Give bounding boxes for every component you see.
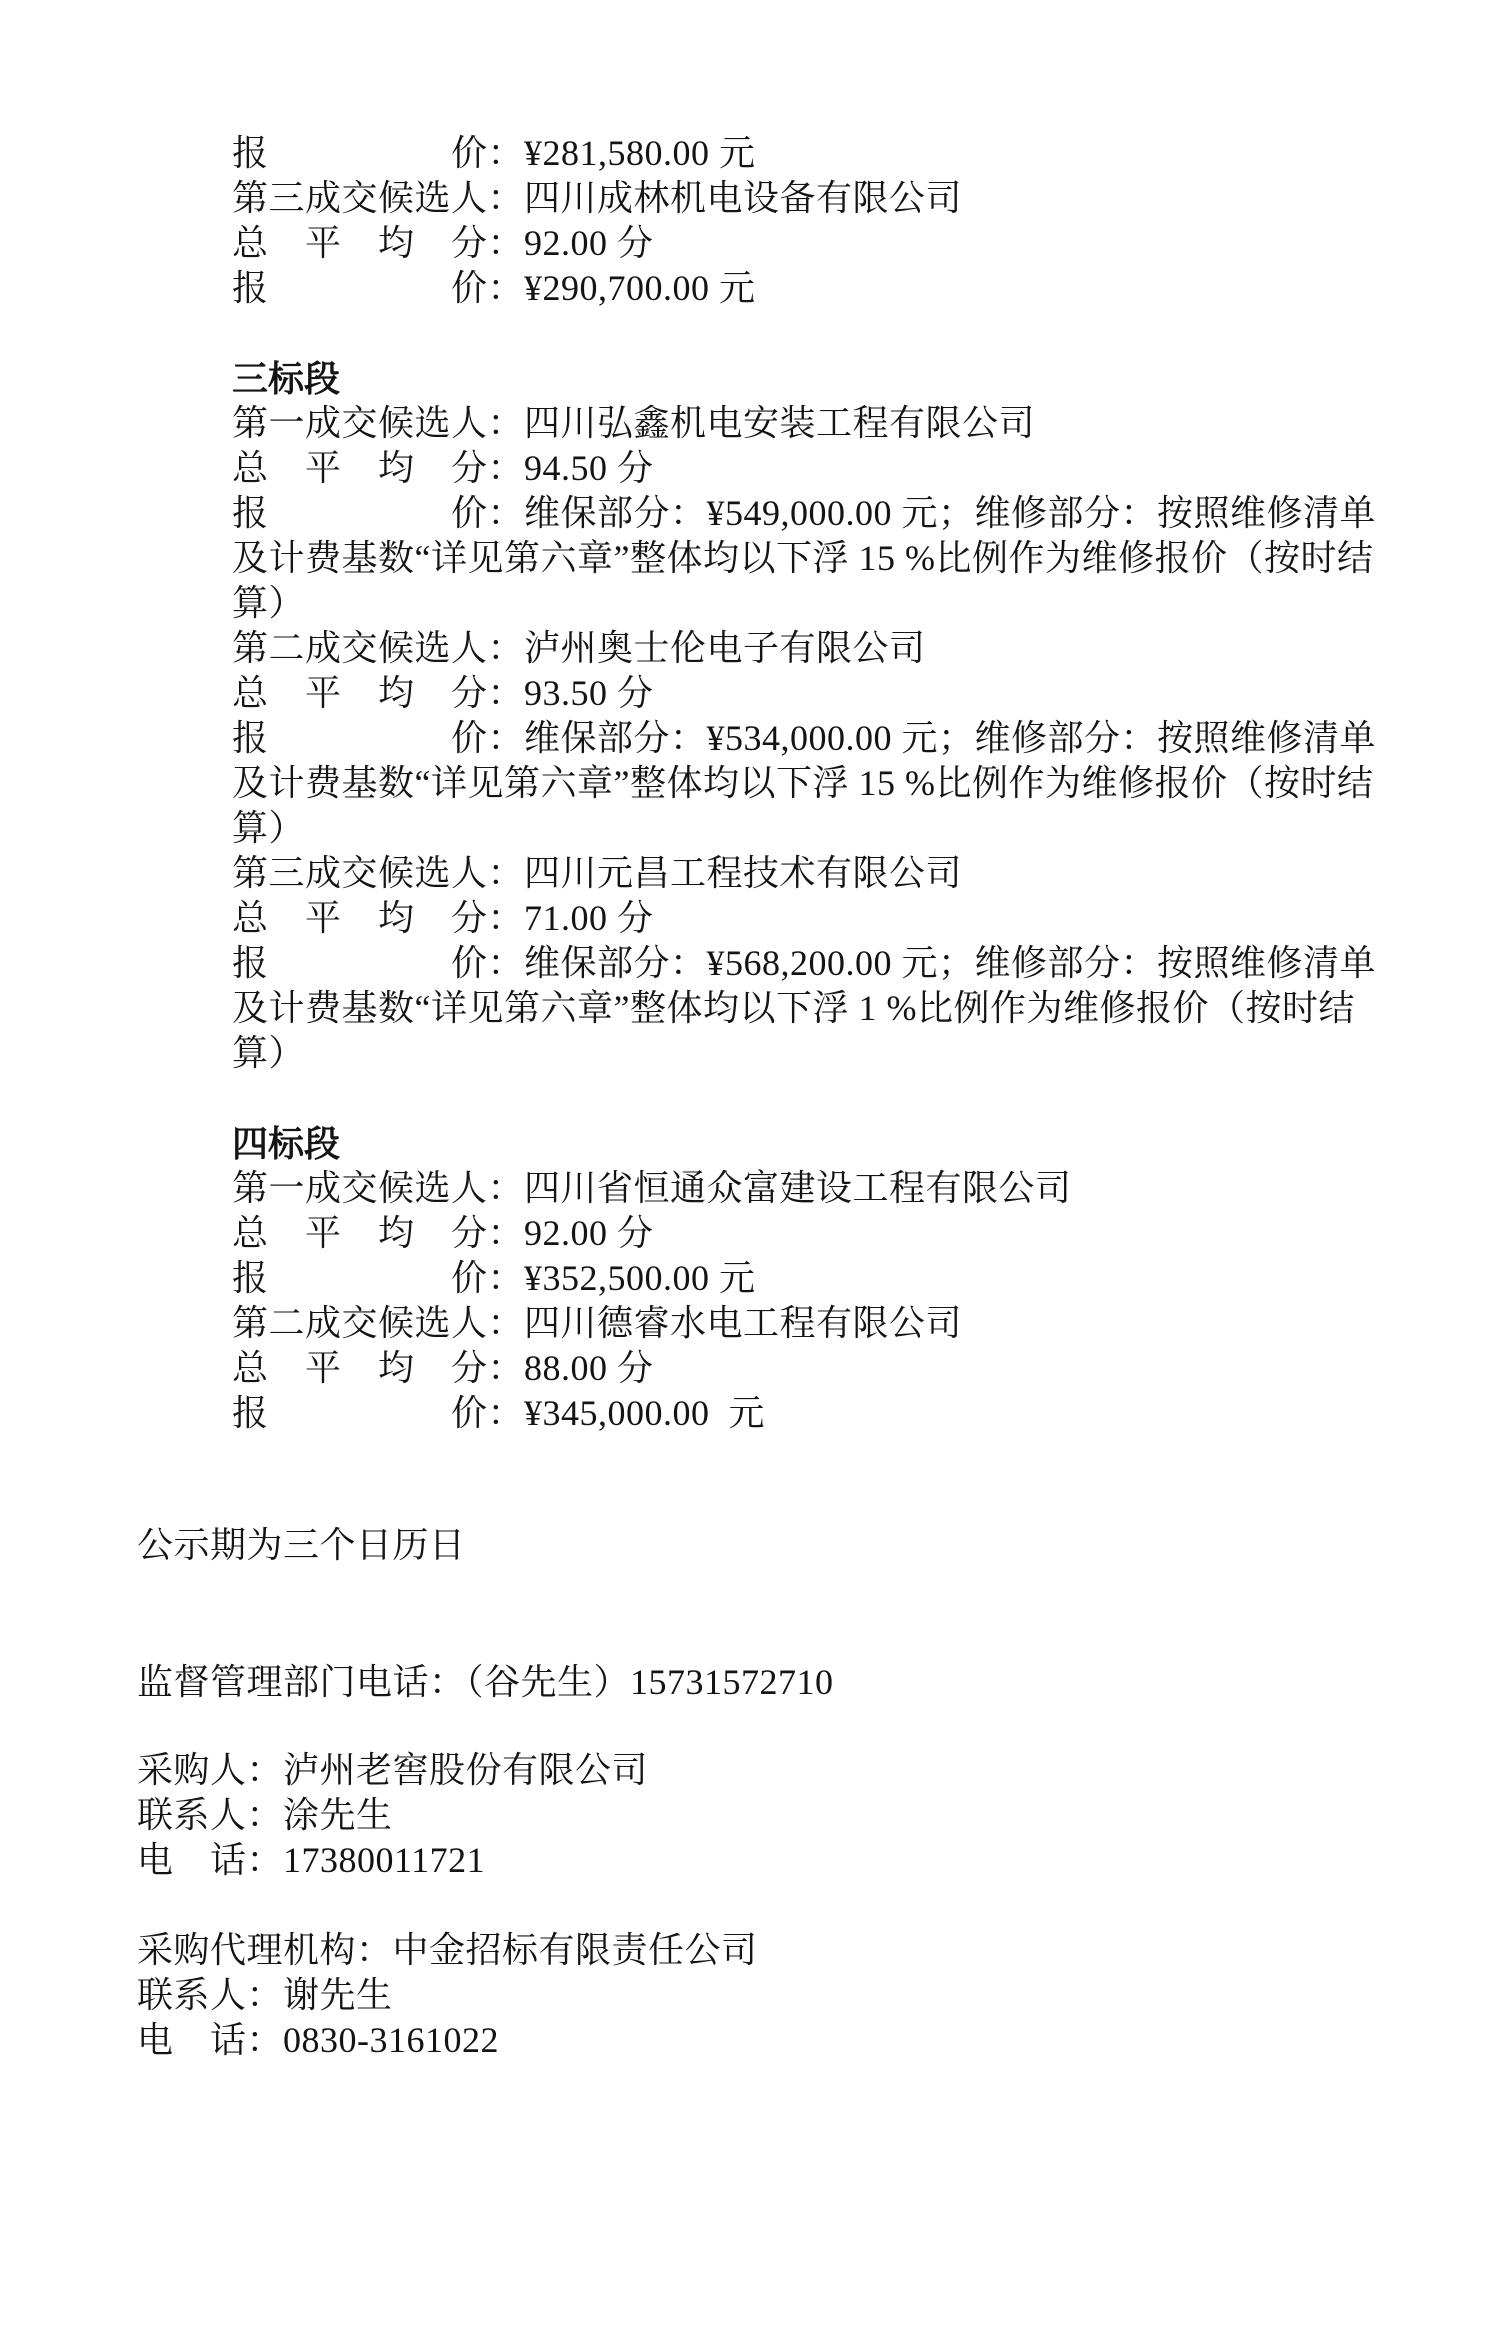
document-line: 第一成交候选人：四川省恒通众富建设工程有限公司 [232,1166,1472,1211]
bid-results-block: 报 价：¥281,580.00 元第三成交候选人：四川成林机电设备有限公司总 平… [232,131,1472,1436]
document-line: 报 价：维保部分：¥534,000.00 元；维修部分：按照维修清单 [232,716,1472,761]
document-line: 第二成交候选人：泸州奥士伦电子有限公司 [232,626,1472,671]
document-line: 总 平 均 分：88.00 分 [232,1346,1472,1391]
supervision-phone-text: 监督管理部门电话：（谷先生）15731572710 [137,1660,1457,1705]
document-line: 第三成交候选人：四川成林机电设备有限公司 [232,176,1472,221]
purchaser-info: 采购人：泸州老窖股份有限公司联系人：涂先生电 话：17380011721 [137,1748,1457,1883]
segment-four-title: 四标段 [232,1121,1472,1166]
footer-contact-block: 公示期为三个日历日 监督管理部门电话：（谷先生）15731572710 采购人：… [137,1523,1457,2063]
document-line: 总 平 均 分：92.00 分 [232,221,1472,266]
agency-info: 采购代理机构：中金招标有限责任公司联系人：谢先生电 话：0830-3161022 [137,1928,1457,2063]
segment-four-lines: 第一成交候选人：四川省恒通众富建设工程有限公司总 平 均 分：92.00 分报 … [232,1166,1472,1436]
document-line: 第二成交候选人：四川德睿水电工程有限公司 [232,1301,1472,1346]
document-line: 报 价：¥281,580.00 元 [232,131,1472,176]
segment-three-lines: 第一成交候选人：四川弘鑫机电安装工程有限公司总 平 均 分：94.50 分报 价… [232,401,1472,1076]
document-line: 算） [232,1031,1472,1076]
document-line: 及计费基数“详见第六章”整体均以下浮 15 %比例作为维修报价（按时结 [232,536,1472,581]
document-line: 及计费基数“详见第六章”整体均以下浮 1 %比例作为维修报价（按时结 [232,986,1472,1031]
document-line: 及计费基数“详见第六章”整体均以下浮 15 %比例作为维修报价（按时结 [232,761,1472,806]
publicity-period-text: 公示期为三个日历日 [137,1523,1457,1568]
document-page: 报 价：¥281,580.00 元第三成交候选人：四川成林机电设备有限公司总 平… [0,0,1500,2343]
document-line: 第三成交候选人：四川元昌工程技术有限公司 [232,851,1472,896]
document-line: 总 平 均 分：94.50 分 [232,446,1472,491]
document-line: 第一成交候选人：四川弘鑫机电安装工程有限公司 [232,401,1472,446]
document-line: 联系人：涂先生 [137,1793,1457,1838]
document-line: 电 话：17380011721 [137,1838,1457,1883]
document-line: 报 价：维保部分：¥568,200.00 元；维修部分：按照维修清单 [232,941,1472,986]
segment-three-title: 三标段 [232,356,1472,401]
blank-line [232,311,1472,356]
document-line: 采购代理机构：中金招标有限责任公司 [137,1928,1457,1973]
document-line: 总 平 均 分：92.00 分 [232,1211,1472,1256]
document-line: 报 价：维保部分：¥549,000.00 元；维修部分：按照维修清单 [232,491,1472,536]
document-line: 报 价：¥345,000.00 元 [232,1391,1472,1436]
document-line: 算） [232,581,1472,626]
blank-space [137,1705,1457,1748]
document-line: 总 平 均 分：71.00 分 [232,896,1472,941]
document-line: 算） [232,806,1472,851]
blank-space [137,1568,1457,1660]
blank-line [232,1076,1472,1121]
segment-two-tail-lines: 报 价：¥281,580.00 元第三成交候选人：四川成林机电设备有限公司总 平… [232,131,1472,311]
document-line: 联系人：谢先生 [137,1973,1457,2018]
document-line: 报 价：¥352,500.00 元 [232,1256,1472,1301]
document-line: 报 价：¥290,700.00 元 [232,266,1472,311]
document-line: 电 话：0830-3161022 [137,2018,1457,2063]
document-line: 总 平 均 分：93.50 分 [232,671,1472,716]
blank-line [137,1883,1457,1928]
document-line: 采购人：泸州老窖股份有限公司 [137,1748,1457,1793]
